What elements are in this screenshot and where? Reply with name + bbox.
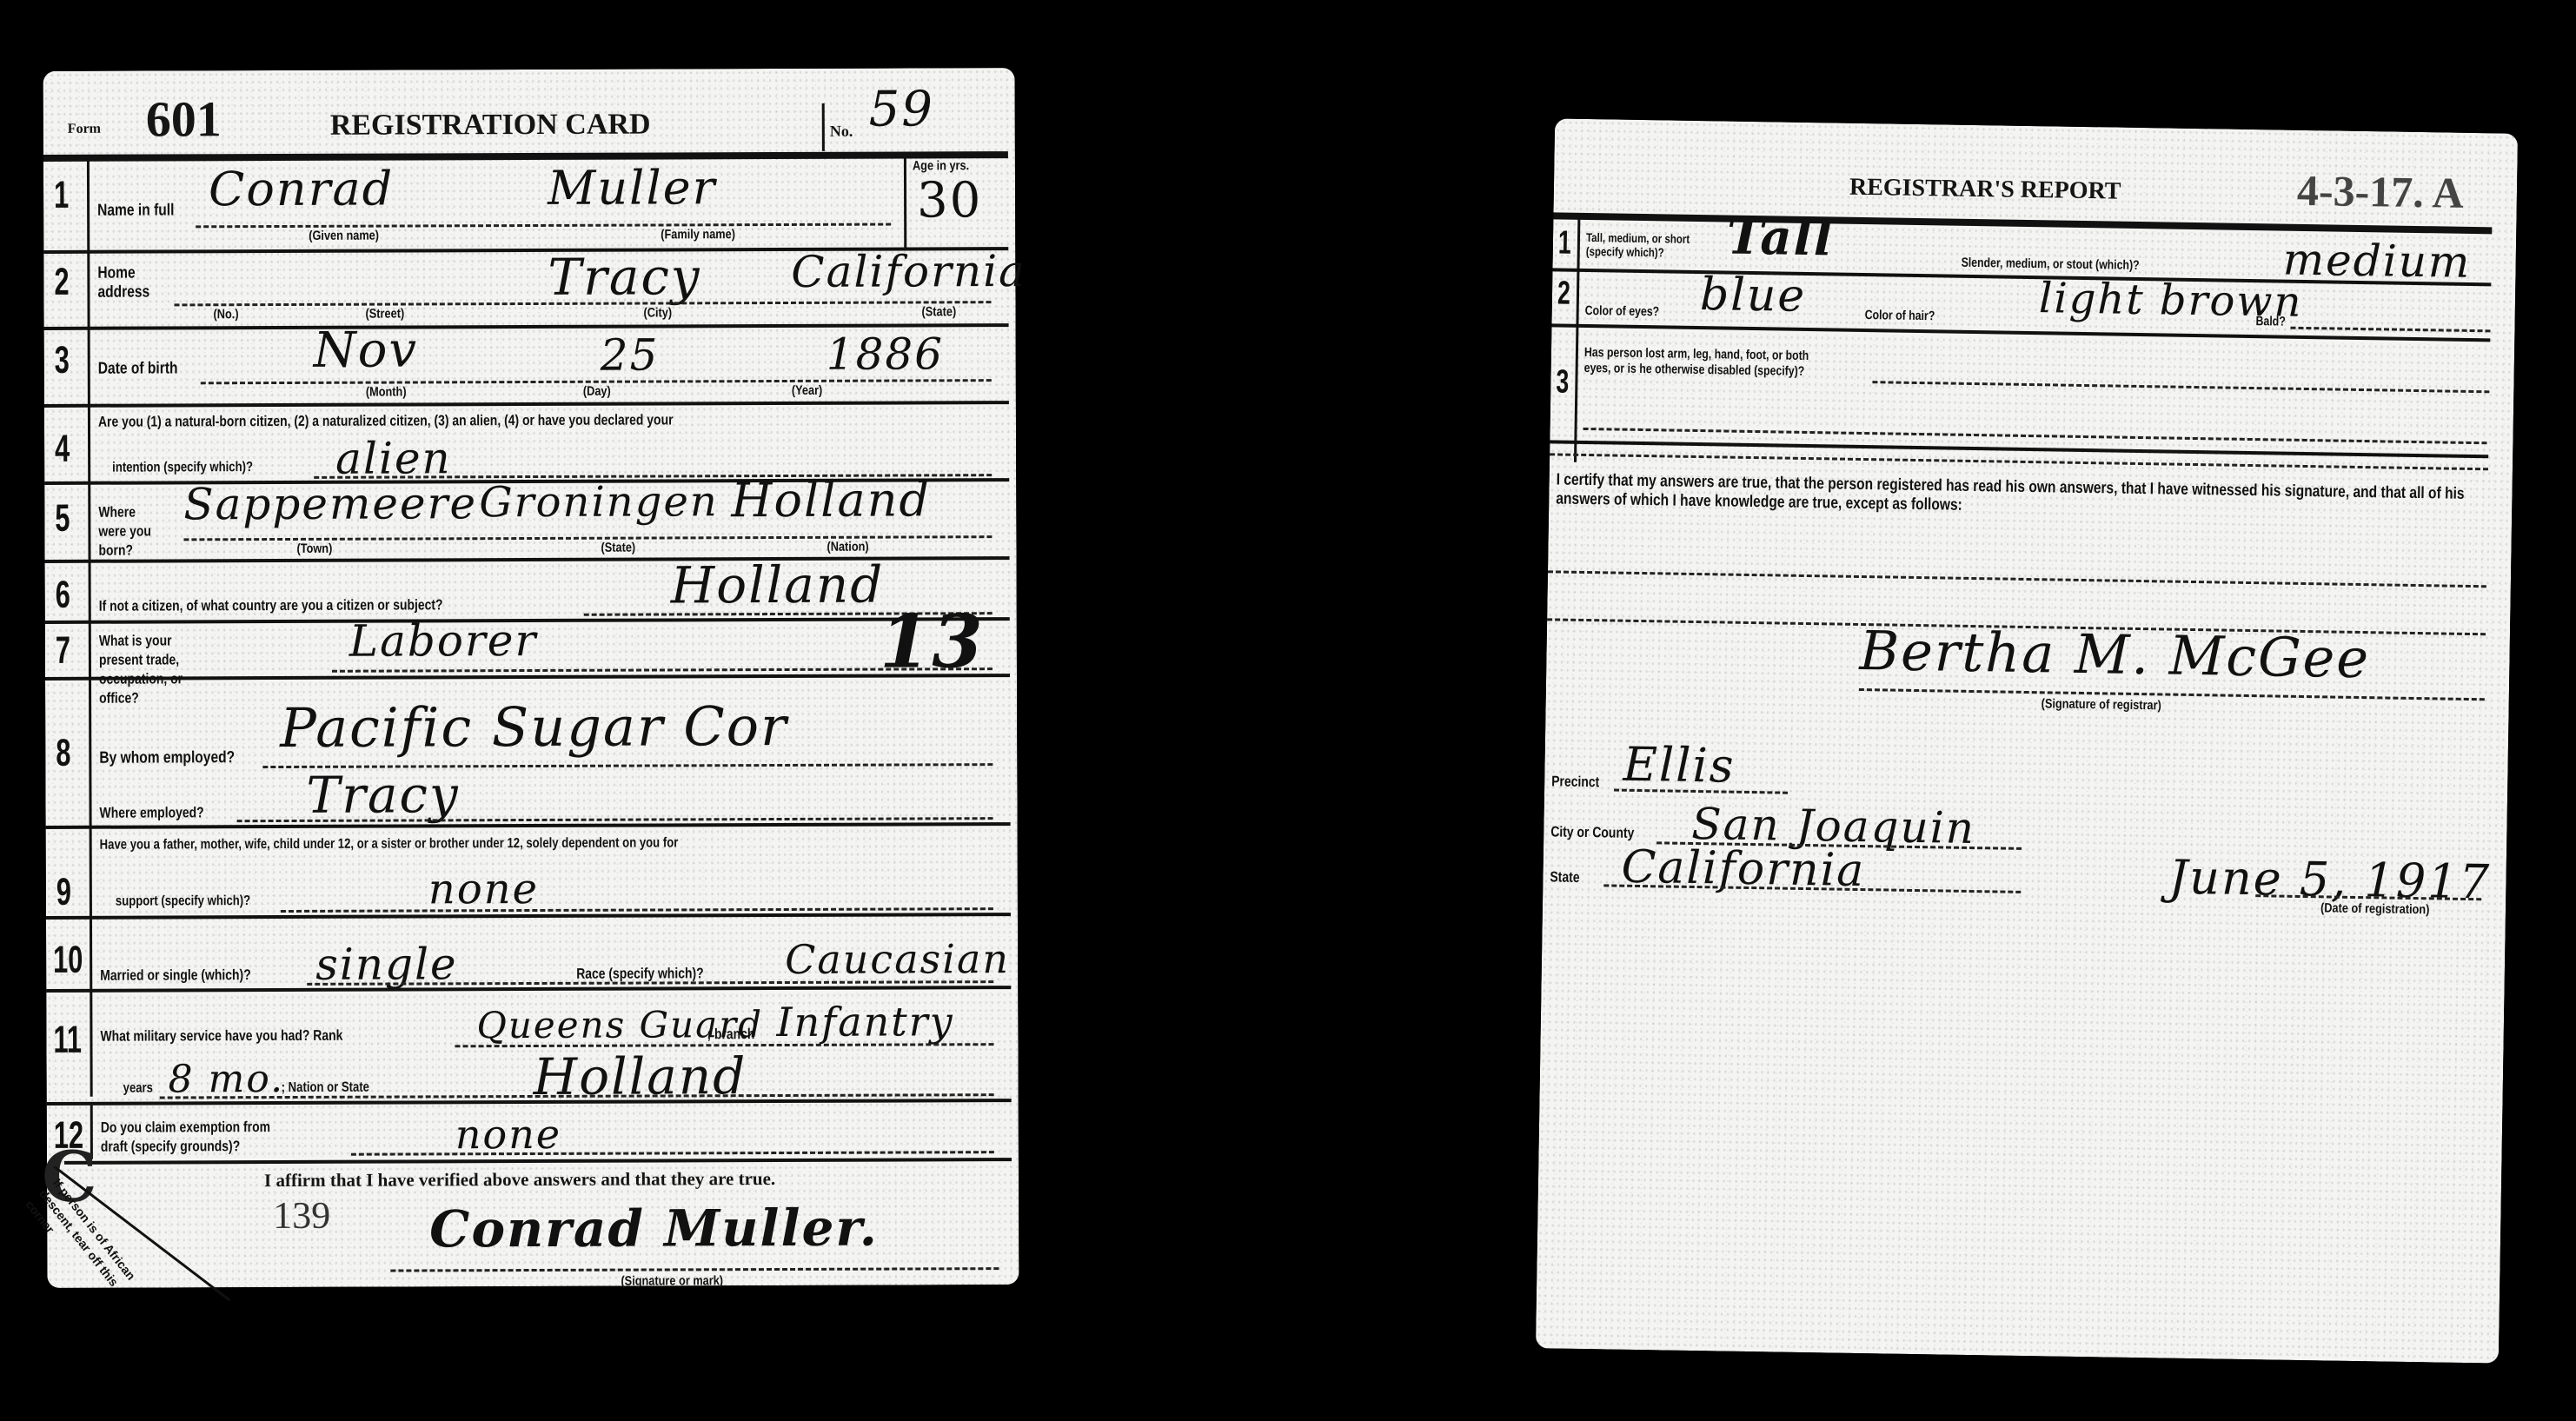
marital-label: Married or single (which)? [100, 966, 251, 986]
employer-value: Pacific Sugar Cor [280, 694, 788, 760]
row-number-2: 2 [54, 261, 69, 304]
row-number-8: 8 [56, 732, 70, 775]
report-row-number-2: 2 [1557, 275, 1570, 312]
margin-mark: 13 [880, 598, 985, 684]
caption-month: (Month) [366, 384, 407, 399]
caption-day: (Day) [583, 384, 611, 399]
eye-color-label: Color of eyes? [1585, 302, 1660, 322]
military-branch-label: ; branch [707, 1025, 754, 1044]
row-number-6: 6 [56, 574, 70, 617]
employer-label: By whom employed? [99, 748, 235, 768]
caption-year: (Year) [792, 383, 823, 398]
citizen-country-value: Holland [671, 555, 885, 615]
report-row-number-3: 3 [1556, 363, 1569, 401]
registrar-caption: (Signature of registrar) [2042, 696, 2161, 713]
birth-state: Groningen [479, 477, 719, 527]
work-location-label: Where employed? [100, 803, 204, 822]
certification-text: I certify that my answers are true, that… [1556, 470, 2483, 523]
stamp-number: 139 [273, 1193, 330, 1238]
citizenship-label: intention (specify which)? [112, 458, 253, 478]
registrant-signature: Conrad Muller. [429, 1199, 879, 1259]
hair-color-label: Color of hair? [1864, 306, 1935, 326]
home-state: California [791, 246, 1026, 297]
row-number-11: 11 [53, 1019, 82, 1062]
precinct-label: Precinct [1551, 772, 1599, 792]
occupation-value: Laborer [349, 615, 538, 667]
birthplace-label: Where were you born? [98, 502, 166, 560]
row-number-3: 3 [55, 339, 70, 382]
affirmation-text: I affirm that I have verified above answ… [264, 1168, 775, 1192]
race-value: Caucasian [785, 935, 1010, 983]
build-label: Slender, medium, or stout (which)? [1961, 254, 2139, 276]
birth-date-label: Date of birth [98, 359, 178, 378]
caption-no: (No.) [214, 307, 239, 322]
row-number-10: 10 [53, 939, 83, 982]
serial-number: 59 [869, 81, 934, 137]
form-label: Form [68, 122, 101, 137]
report-stamp-code: 4-3-17. A [2297, 165, 2465, 218]
caption-city: (City) [644, 305, 673, 320]
registrar-signature: Bertha M. McGee [1859, 619, 2371, 690]
military-nation-label: ; Nation or State [282, 1079, 369, 1098]
occupation-label: What is your present trade, occupation, … [99, 631, 214, 707]
row-number-4: 4 [55, 428, 70, 471]
military-years: 8 mo. [169, 1057, 285, 1101]
bald-label: Bald? [2255, 312, 2286, 332]
name-label: Name in full [97, 201, 174, 220]
family-name: Muller [548, 160, 717, 216]
eye-color-value: blue [1700, 269, 1807, 322]
family-name-caption: (Family name) [661, 227, 735, 242]
serial-no-label: No. [830, 123, 853, 141]
dependents-value: none [428, 865, 539, 913]
row-number-5: 5 [55, 497, 70, 541]
report-row-number-1: 1 [1558, 224, 1571, 262]
row-number-1: 1 [54, 174, 69, 217]
county-label: City or County [1550, 822, 1634, 843]
height-value: Tall [1727, 209, 1835, 268]
citizen-country-label: If not a citizen, of what country are yo… [99, 595, 443, 615]
birth-day: 25 [601, 329, 660, 380]
caption-nation: (Nation) [827, 540, 868, 554]
caption-state: (State) [922, 304, 957, 319]
home-city: Tracy [548, 247, 700, 307]
age-value: 30 [917, 172, 982, 229]
caption-birth-state: (State) [601, 541, 635, 555]
registration-date-caption: (Date of registration) [2320, 900, 2430, 917]
birth-nation: Holland [731, 472, 931, 528]
form-number: 601 [146, 90, 222, 148]
given-name: Conrad [209, 162, 394, 217]
registration-card: Form 601 REGISTRATION CARD No. 59 1 Name… [43, 68, 1019, 1288]
disability-label: Has person lost arm, leg, hand, foot, or… [1584, 345, 1820, 380]
dependents-question: Have you a father, mother, wife, child u… [100, 833, 679, 854]
card-title: REGISTRATION CARD [330, 109, 651, 143]
work-location-value: Tracy [306, 765, 459, 825]
military-label: What military service have you had? Rank [100, 1026, 342, 1046]
given-name-caption: (Given name) [309, 229, 379, 243]
precinct-value: Ellis [1623, 737, 1736, 794]
dependents-label: support (specify which)? [116, 892, 250, 912]
exemption-value: none [455, 1111, 561, 1158]
home-address-label: Home address [97, 264, 155, 302]
row-number-7: 7 [56, 629, 70, 673]
height-label: Tall, medium, or short (specify which)? [1586, 230, 1693, 260]
state-label: State [1550, 867, 1579, 887]
exemption-label: Do you claim exemption from draft (speci… [101, 1118, 286, 1157]
birth-year: 1886 [827, 329, 944, 379]
registrars-report: REGISTRAR'S REPORT 4-3-17. A 1 Tall, med… [1536, 118, 2518, 1363]
birth-town: Sappemeere [183, 478, 477, 529]
row-number-9: 9 [56, 871, 71, 914]
birth-month: Nov [314, 322, 419, 378]
report-title: REGISTRAR'S REPORT [1849, 174, 2121, 206]
signature-caption: (Signature or mark) [621, 1273, 723, 1288]
caption-street: (Street) [366, 307, 405, 322]
military-years-label: years [123, 1079, 153, 1099]
age-label: Age in yrs. [913, 158, 969, 173]
citizenship-question: Are you (1) a natural-born citizen, (2) … [98, 410, 674, 431]
military-branch: Infantry [776, 998, 954, 1046]
caption-town: (Town) [296, 541, 332, 556]
